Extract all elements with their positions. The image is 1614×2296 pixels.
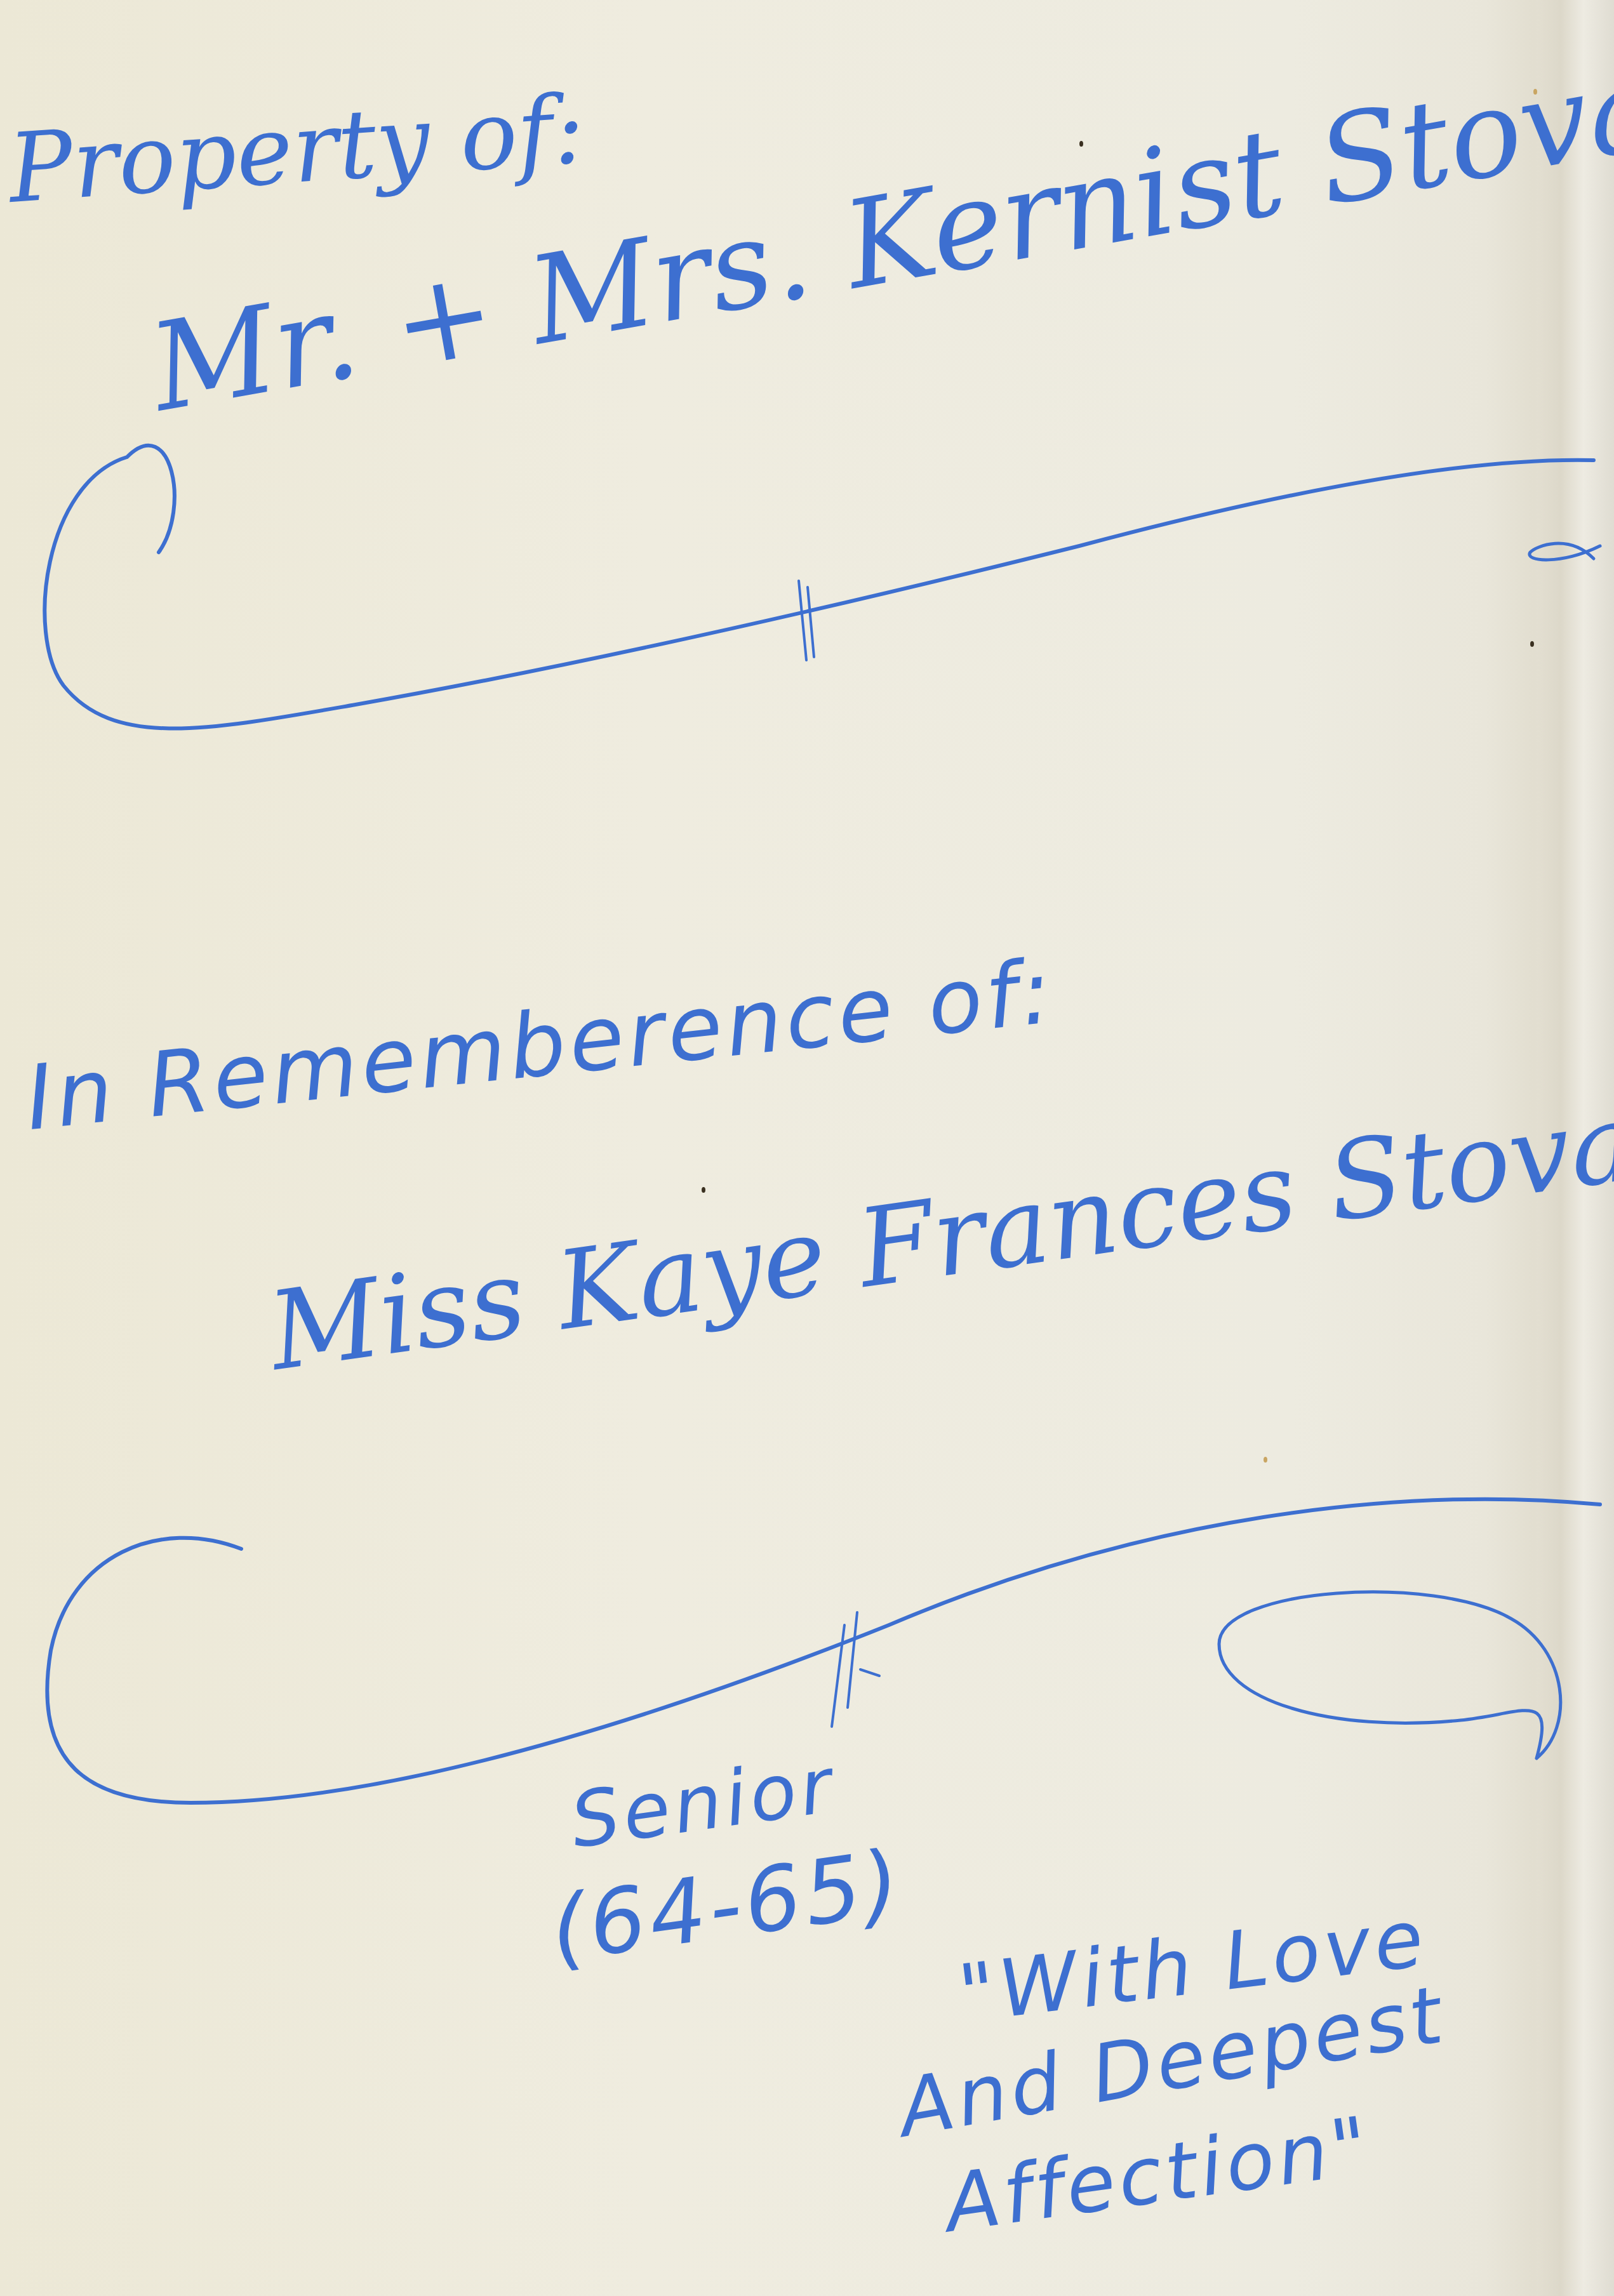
paper-speck	[1079, 141, 1083, 147]
paper-speck	[1264, 1457, 1267, 1463]
inscription-page: Property of: Mr. + Mrs. Kernist Stovall …	[0, 0, 1614, 2296]
paper-speck	[1530, 641, 1534, 647]
paper-speck	[1533, 89, 1537, 95]
paper-speck	[702, 1187, 705, 1193]
